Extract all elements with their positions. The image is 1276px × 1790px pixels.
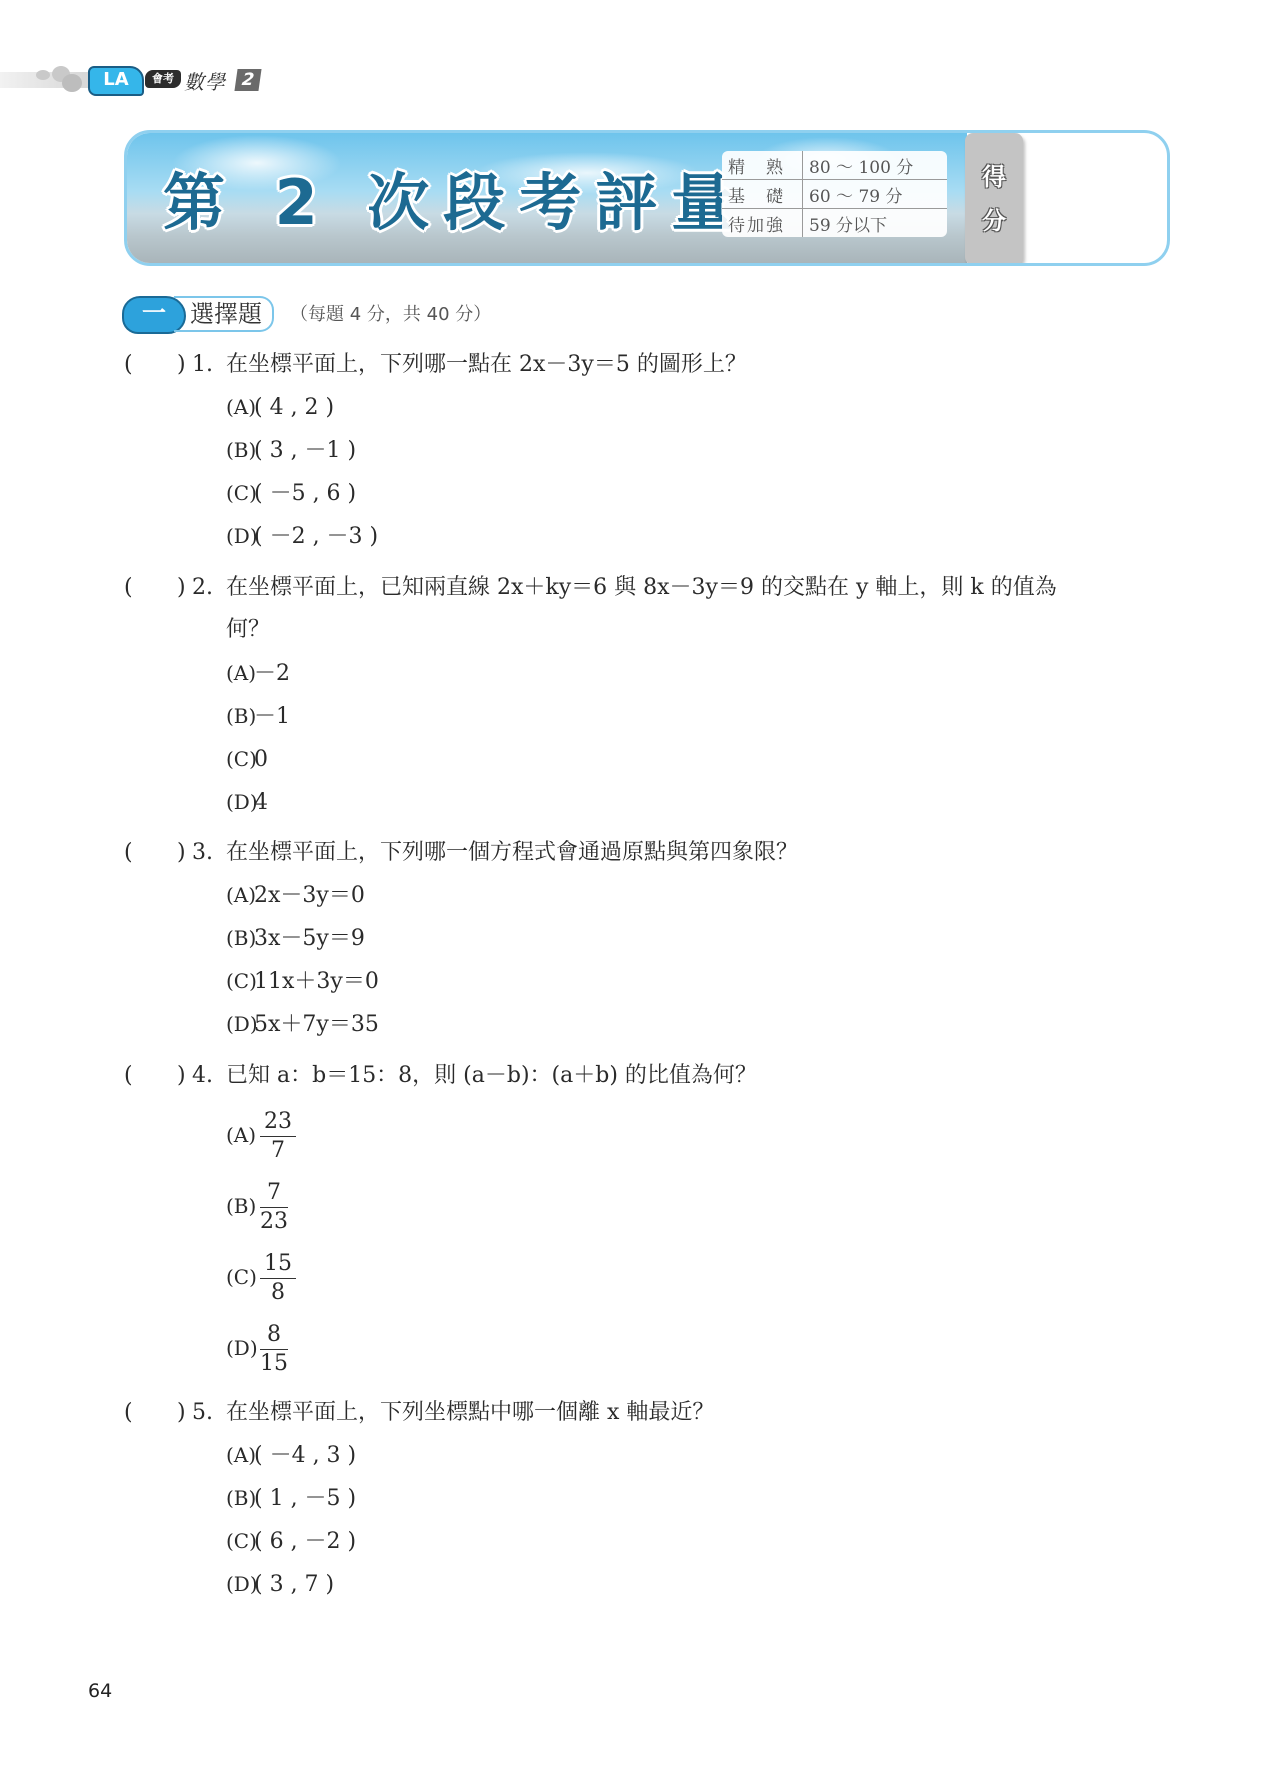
option-text: ( －2 , －3 ) [254, 524, 378, 549]
grade-range: 59 分以下 [803, 209, 948, 238]
fraction: 723 [260, 1179, 288, 1236]
question-stem-row: ( ) 3. 在坐標平面上，下列哪一個方程式會通過原點與第四象限？ [124, 832, 1184, 874]
option-letter: (D) [226, 781, 254, 823]
answer-blank-open[interactable]: ( [124, 1392, 133, 1434]
question-number: 3. [192, 832, 213, 874]
option-text: －2 [254, 661, 290, 686]
score-tab: 得 分 [965, 133, 1023, 265]
option: (C)( －5 , 6 ) [226, 472, 356, 515]
option-text: 5x＋7y＝35 [254, 1012, 379, 1037]
question-stem-row: ( ) 4. 已知 a：b＝15：8，則 (a－b)：(a＋b) 的比值為何？ [124, 1055, 1184, 1097]
question-stem-row: ( ) 1. 在坐標平面上，下列哪一點在 2x－3y＝5 的圖形上？ [124, 344, 1184, 386]
subject-title: 數學 [184, 66, 226, 95]
page-number: 64 [88, 1680, 112, 1702]
option: (D)5x＋7y＝35 [226, 1003, 379, 1046]
question-stem-row: ( ) 5. 在坐標平面上，下列坐標點中哪一個離 x 軸最近？ [124, 1392, 1184, 1434]
question-stem-continued: 何？ [226, 609, 270, 651]
fraction-numerator: 7 [260, 1179, 288, 1208]
question-1: ( ) 1. 在坐標平面上，下列哪一點在 2x－3y＝5 的圖形上？ (A)( … [124, 344, 1184, 386]
question-number: 4. [192, 1055, 213, 1097]
option-text: 3x－5y＝9 [254, 926, 365, 951]
fraction-numerator: 23 [260, 1108, 296, 1137]
option-letter: (A) [226, 874, 254, 916]
grade-range: 60 ～ 79 分 [803, 180, 948, 209]
option-letter: (C) [226, 1242, 254, 1312]
page-title: 第 2 次段考評量 [163, 153, 747, 242]
option-text: 0 [254, 747, 268, 772]
option: (C)0 [226, 738, 268, 781]
question-5: ( ) 5. 在坐標平面上，下列坐標點中哪一個離 x 軸最近？ (A)( －4 … [124, 1392, 1184, 1434]
option: (A)237 [226, 1100, 296, 1171]
question-stem: 在坐標平面上，下列坐標點中哪一個離 x 軸最近？ [226, 1392, 714, 1434]
option-text: ( －4 , 3 ) [254, 1443, 356, 1468]
question-stem: 在坐標平面上，已知兩直線 2x＋ky＝6 與 8x－3y＝9 的交點在 y 軸上… [226, 567, 1057, 609]
grade-level: 待加強 [722, 209, 803, 238]
answer-blank-close: ) [177, 567, 186, 609]
option: (D)( 3 , 7 ) [226, 1563, 334, 1606]
series-logo: LA [88, 66, 144, 96]
question-stem: 在坐標平面上，下列哪一點在 2x－3y＝5 的圖形上？ [226, 344, 747, 386]
header-decor-blob [36, 70, 50, 80]
grade-scale-table: 精 熟 80 ～ 100 分 基 礎 60 ～ 79 分 待加強 59 分以下 [722, 151, 947, 237]
option-letter: (D) [226, 515, 254, 557]
fraction-denominator: 8 [260, 1279, 296, 1307]
grade-level: 精 熟 [722, 151, 803, 180]
fraction-denominator: 7 [260, 1137, 296, 1165]
fraction: 815 [260, 1321, 288, 1378]
question-4: ( ) 4. 已知 a：b＝15：8，則 (a－b)：(a＋b) 的比值為何？ … [124, 1055, 1184, 1097]
score-entry-box[interactable] [1027, 133, 1167, 263]
option-letter: (B) [226, 1477, 254, 1519]
option: (B)( 1 , －5 ) [226, 1477, 356, 1520]
answer-blank-open[interactable]: ( [124, 344, 133, 386]
score-label-char: 得 [965, 155, 1023, 199]
option-letter: (B) [226, 1171, 254, 1241]
fraction-denominator: 23 [260, 1208, 288, 1236]
question-number: 1. [192, 344, 213, 386]
option-letter: (D) [226, 1313, 254, 1383]
option-letter: (C) [226, 472, 254, 514]
option-text: ( 1 , －5 ) [254, 1486, 356, 1511]
option-letter: (C) [226, 1520, 254, 1562]
option-text: ( 3 , 7 ) [254, 1572, 334, 1597]
option: (A)－2 [226, 652, 290, 695]
option: (B)( 3 , －1 ) [226, 429, 356, 472]
option-letter: (A) [226, 386, 254, 428]
option-letter: (A) [226, 1100, 254, 1170]
option: (B)3x－5y＝9 [226, 917, 365, 960]
question-number: 5. [192, 1392, 213, 1434]
running-header: LA 會考 數學 2 [0, 62, 300, 98]
fraction-numerator: 8 [260, 1321, 288, 1350]
answer-blank-open[interactable]: ( [124, 1055, 133, 1097]
question-2: ( ) 2. 在坐標平面上，已知兩直線 2x＋ky＝6 與 8x－3y＝9 的交… [124, 567, 1184, 609]
grade-row: 精 熟 80 ～ 100 分 [722, 151, 947, 180]
option-text: 4 [254, 790, 268, 815]
option: (B)723 [226, 1171, 288, 1242]
grade-range: 80 ～ 100 分 [803, 151, 948, 180]
option-text: 11x＋3y＝0 [254, 969, 379, 994]
option: (C)( 6 , －2 ) [226, 1520, 356, 1563]
question-3: ( ) 3. 在坐標平面上，下列哪一個方程式會通過原點與第四象限？ (A)2x－… [124, 832, 1184, 874]
option-text: 2x－3y＝0 [254, 883, 365, 908]
option: (D)4 [226, 781, 268, 824]
option: (A)2x－3y＝0 [226, 874, 365, 917]
option-letter: (B) [226, 429, 254, 471]
question-stem-row: ( ) 2. 在坐標平面上，已知兩直線 2x＋ky＝6 與 8x－3y＝9 的交… [124, 567, 1184, 609]
option: (D)( －2 , －3 ) [226, 515, 378, 558]
grade-level: 基 礎 [722, 180, 803, 209]
answer-blank-close: ) [177, 832, 186, 874]
option-text: ( 4 , 2 ) [254, 395, 334, 420]
option: (D)815 [226, 1313, 288, 1384]
section-title: 選擇題 [174, 296, 274, 332]
answer-blank-open[interactable]: ( [124, 832, 133, 874]
grade-row: 基 礎 60 ～ 79 分 [722, 180, 947, 209]
series-badge: 會考 [145, 70, 181, 88]
option: (A)( 4 , 2 ) [226, 386, 334, 429]
option-letter: (A) [226, 1434, 254, 1476]
option-letter: (C) [226, 960, 254, 1002]
option: (C)11x＋3y＝0 [226, 960, 379, 1003]
option-letter: (D) [226, 1003, 254, 1045]
option: (B)－1 [226, 695, 290, 738]
answer-blank-close: ) [177, 1055, 186, 1097]
header-decor-blob [62, 74, 82, 92]
option-letter: (D) [226, 1563, 254, 1605]
option-letter: (C) [226, 738, 254, 780]
question-stem: 在坐標平面上，下列哪一個方程式會通過原點與第四象限？ [226, 832, 798, 874]
question-number: 2. [192, 567, 213, 609]
title-banner: 第 2 次段考評量 精 熟 80 ～ 100 分 基 礎 60 ～ 79 分 待… [124, 130, 1170, 266]
answer-blank-close: ) [177, 1392, 186, 1434]
fraction: 158 [260, 1250, 296, 1307]
grade-row: 待加強 59 分以下 [722, 209, 947, 238]
option-letter: (A) [226, 652, 254, 694]
option-letter: (B) [226, 695, 254, 737]
option: (C)158 [226, 1242, 296, 1313]
answer-blank-close: ) [177, 344, 186, 386]
option-text: ( 6 , －2 ) [254, 1529, 356, 1554]
question-stem: 已知 a：b＝15：8，則 (a－b)：(a＋b) 的比值為何？ [226, 1055, 757, 1097]
fraction-numerator: 15 [260, 1250, 296, 1279]
option-text: ( －5 , 6 ) [254, 481, 356, 506]
score-label: 得 分 [965, 155, 1023, 243]
section-scoring-note: （每題 4 分，共 40 分） [290, 300, 491, 326]
fraction: 237 [260, 1108, 296, 1165]
option-text: ( 3 , －1 ) [254, 438, 356, 463]
fraction-denominator: 15 [260, 1350, 288, 1378]
option-text: －1 [254, 704, 290, 729]
volume-number: 2 [234, 69, 261, 91]
option: (A)( －4 , 3 ) [226, 1434, 356, 1477]
score-label-char: 分 [965, 199, 1023, 243]
option-letter: (B) [226, 917, 254, 959]
answer-blank-open[interactable]: ( [124, 567, 133, 609]
